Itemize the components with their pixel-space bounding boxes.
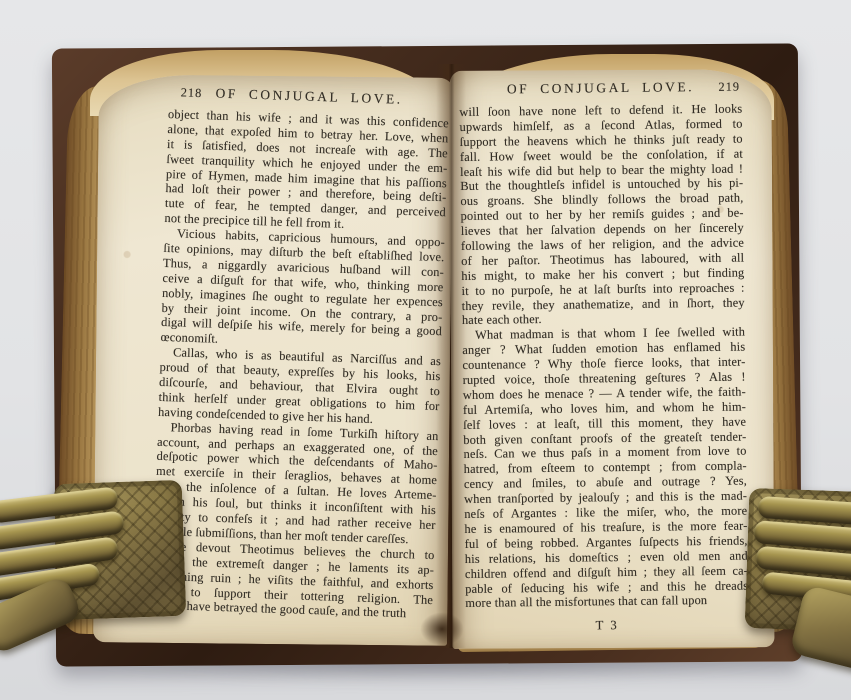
header-spacer-left	[405, 104, 449, 105]
right-page-header: OF CONJUGAL LOVE. 219	[459, 79, 742, 103]
running-header-right: OF CONJUGAL LOVE.	[503, 79, 698, 97]
text-line: more than all the misfortunes that can f…	[465, 593, 748, 611]
header-spacer-right	[459, 93, 503, 94]
left-page-lines: object than his wife ; and it was this c…	[151, 107, 449, 622]
right-page-text: OF CONJUGAL LOVE. 219 will ſoon have non…	[459, 79, 749, 636]
book-photograph: 218 OF CONJUGAL LOVE. object than his wi…	[0, 0, 851, 700]
page-number-right: 219	[698, 80, 742, 96]
left-page-text: 218 OF CONJUGAL LOVE. object than his wi…	[151, 84, 449, 622]
right-page-lines: will ſoon have none left to defend it. H…	[459, 102, 748, 612]
page-number-left: 218	[168, 85, 212, 101]
